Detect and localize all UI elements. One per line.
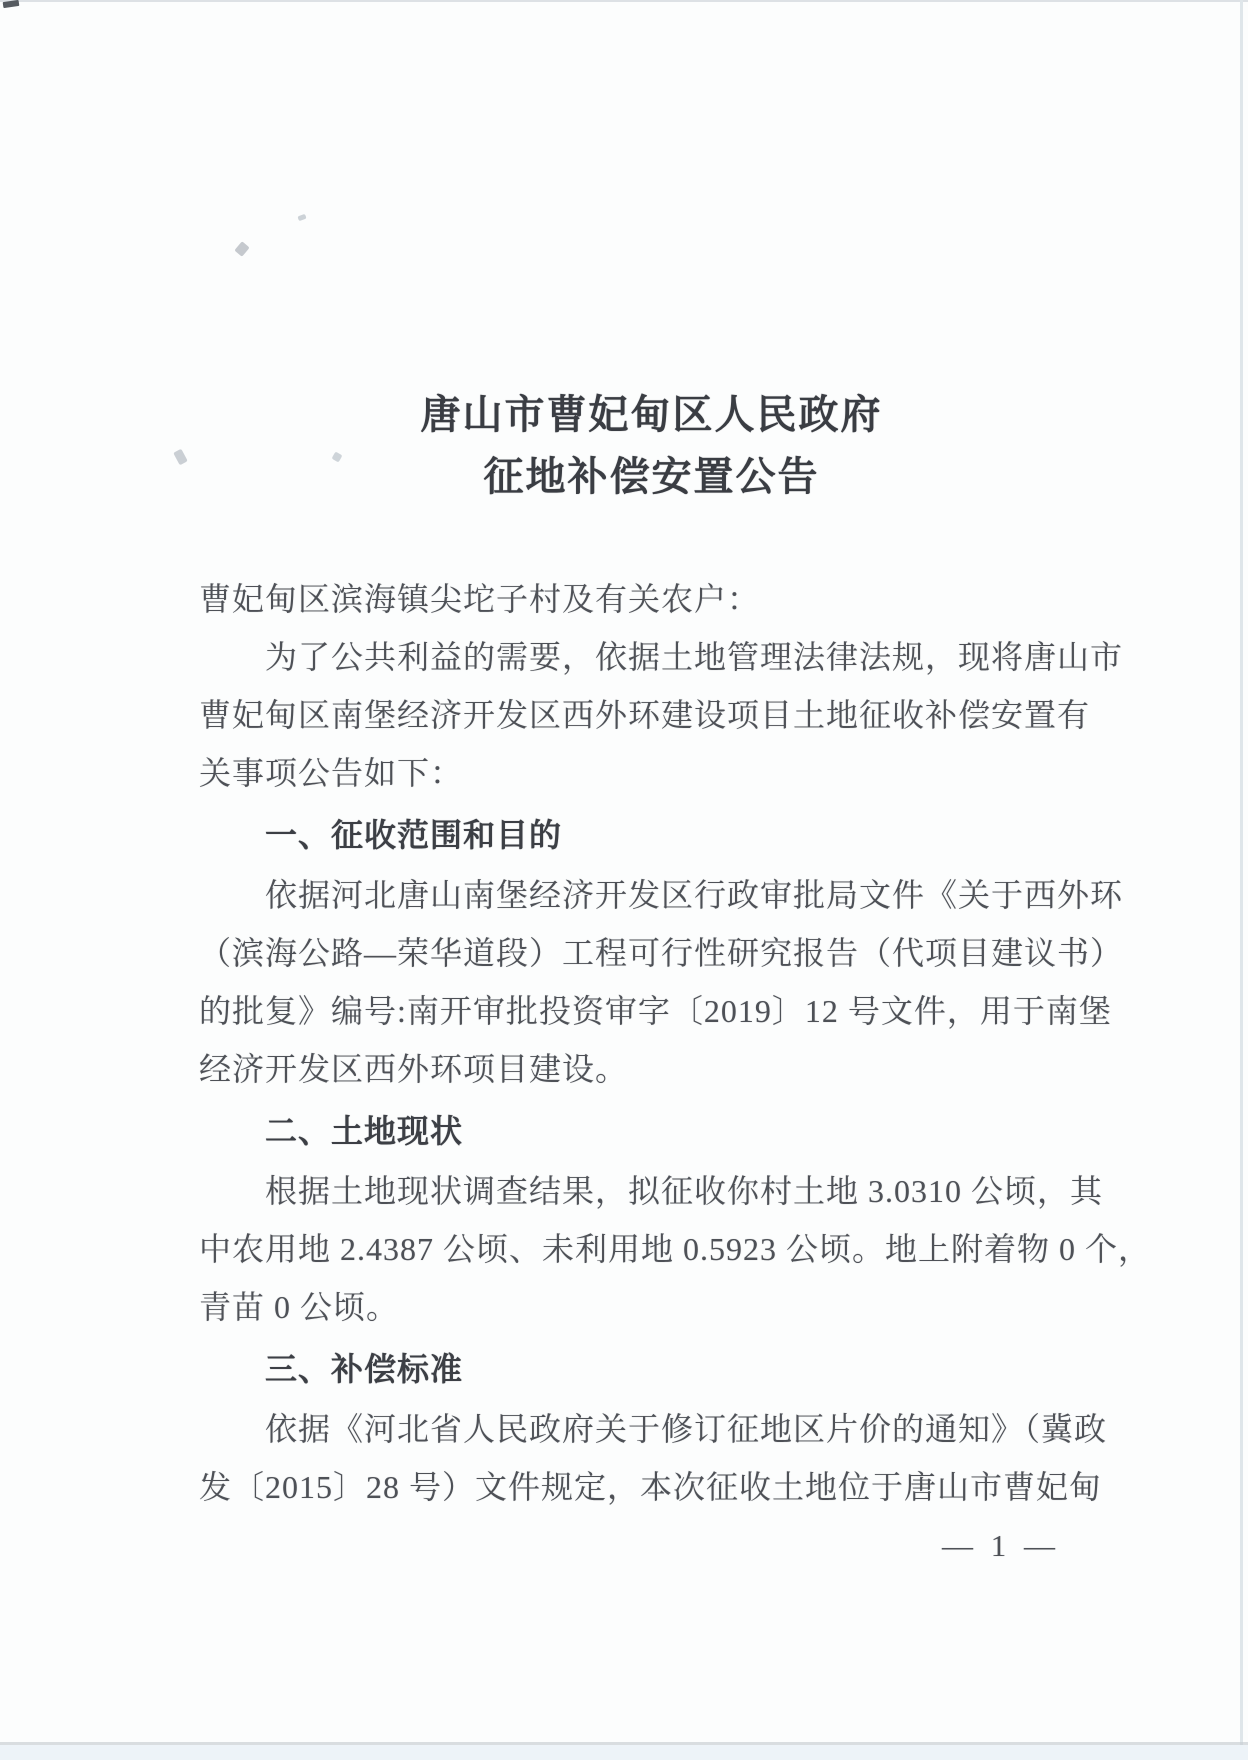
scan-speck bbox=[173, 449, 188, 466]
document-line: 经济开发区西外环项目建设。 bbox=[199, 1040, 1104, 1098]
document-line: 发〔2015〕28 号）文件规定，本次征收土地位于唐山市曹妃甸 bbox=[199, 1458, 1104, 1516]
section-heading: 三、补偿标准 bbox=[199, 1340, 1104, 1398]
scanned-document-page: 唐山市曹妃甸区人民政府 征地补偿安置公告 曹妃甸区滨海镇尖坨子村及有关农户：为了… bbox=[0, 0, 1248, 1760]
section-heading: 二、土地现状 bbox=[199, 1102, 1104, 1160]
document-line: 为了公共利益的需要，依据土地管理法律法规，现将唐山市 bbox=[199, 628, 1104, 686]
document-line: 依据《河北省人民政府关于修订征地区片价的通知》（冀政 bbox=[199, 1400, 1104, 1458]
title-line-2: 征地补偿安置公告 bbox=[199, 446, 1104, 508]
document-line: 曹妃甸区南堡经济开发区西外环建设项目土地征收补偿安置有 bbox=[199, 686, 1104, 744]
document-line: 依据河北唐山南堡经济开发区行政审批局文件《关于西外环 bbox=[199, 866, 1104, 924]
document-body: 曹妃甸区滨海镇尖坨子村及有关农户：为了公共利益的需要，依据土地管理法律法规，现将… bbox=[199, 570, 1104, 1516]
section-heading: 一、征收范围和目的 bbox=[199, 806, 1104, 864]
document-line: （滨海公路—荣华道段）工程可行性研究报告（代项目建议书） bbox=[199, 924, 1104, 982]
document-line: 的批复》编号:南开审批投资审字〔2019〕12 号文件，用于南堡 bbox=[199, 982, 1104, 1040]
document-line: 曹妃甸区滨海镇尖坨子村及有关农户： bbox=[199, 570, 1104, 628]
scan-speck bbox=[234, 241, 249, 257]
document-line: 根据土地现状调查结果，拟征收你村土地 3.0310 公顷，其 bbox=[199, 1162, 1104, 1220]
scan-corner-mark bbox=[3, 0, 20, 8]
scan-speck bbox=[297, 214, 306, 221]
scan-top-edge-line bbox=[0, 0, 1248, 2]
title-line-1: 唐山市曹妃甸区人民政府 bbox=[199, 384, 1104, 446]
document-line: 青苗 0 公顷。 bbox=[199, 1278, 1104, 1336]
document-title: 唐山市曹妃甸区人民政府 征地补偿安置公告 bbox=[199, 384, 1104, 508]
document-line: 中农用地 2.4387 公顷、未利用地 0.5923 公顷。地上附着物 0 个， bbox=[199, 1220, 1104, 1278]
scan-bottom-band bbox=[0, 1745, 1248, 1760]
scan-right-edge-line bbox=[1240, 0, 1243, 1760]
page-number: — 1 — bbox=[942, 1526, 1060, 1566]
document-line: 关事项公告如下： bbox=[199, 744, 1104, 802]
